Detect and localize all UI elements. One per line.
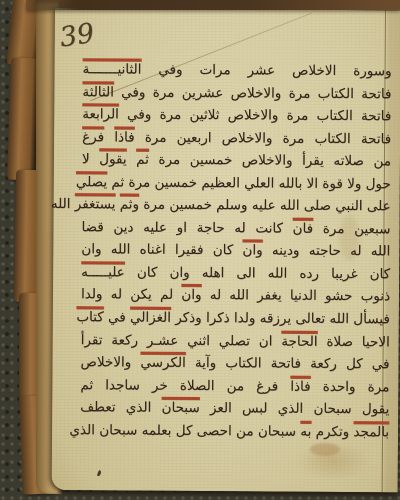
word: الذي [278,401,304,417]
word: خمسين [169,197,212,213]
word: بعلمه [142,422,172,438]
word: الله [371,244,391,260]
rubricated-word: الحاجة [281,333,317,349]
word: وان [169,265,189,281]
word: في [108,309,126,325]
word: عليه [143,219,167,235]
word: كان [370,266,391,282]
manuscript-line: مرة واحدة فاذا فرغ من الصلاة خر ساجدا ثم [80,374,389,399]
word: الدنيا [290,288,317,304]
word: الله [329,311,349,327]
word: فاتحة [361,131,391,147]
word: يكن [130,287,152,303]
word: صلى [304,198,331,214]
rubricated-word: به [300,423,311,439]
rubricated-word: يقول [99,151,126,167]
word: والاخلاص [231,85,282,101]
word: الاخلاص [292,63,336,79]
manuscript-line: في كل ركعة فاتحة الكتاب وآية الكرسي والا… [80,351,389,376]
word: الله [268,265,288,281]
word: ذكرا [206,310,230,326]
word: عليه [252,198,276,214]
word: مرة [128,174,150,190]
word: الصلاة [180,378,215,394]
word: لا [82,151,90,167]
rubricated-word: الثالثة [82,84,114,100]
word: كان [137,265,158,281]
word: اغناه [140,242,166,258]
rubricated-word: ثم [136,152,149,168]
word: سبحان [99,422,137,438]
word: قضا [81,219,103,235]
manuscript-line: حول ولا قوة الا بالله العلي العظيم خمسين… [82,171,391,196]
word: اثني [187,332,210,348]
word: اهله [202,265,225,281]
rubricated-word: الرابعة [82,106,119,122]
word: العلي [244,175,274,191]
rubricated-word: وان [242,243,262,259]
manuscript-line: من صلاته يقرأ والاخلاص خمسين مرة ثم يقول… [82,148,391,173]
word: فيسأل [353,311,390,327]
word: سبحان [313,401,351,417]
word: فاتحة [361,108,391,124]
word: وسورة [353,63,392,79]
word: احصى [197,423,232,439]
word: وان [81,242,101,258]
manuscript-line: الله له حاجته ودينه وان كان فقيرا اغناه … [81,239,390,264]
word: فقيرا [175,242,204,258]
word: الاحيا [362,334,390,350]
rubricated-word: الكرسي [140,355,185,371]
word: حاجته [309,243,341,259]
word: مرة [282,130,304,146]
rubricated-word: بالمجد [353,424,389,440]
word: ودينه [272,243,300,259]
word: يرزقه [260,310,292,326]
rubricated-word: يصلي [76,174,107,190]
manuscript-line: كان غريبا رده الله الى اهله وان كان عليـ… [81,261,390,286]
manuscript-line: على النبي صلى الله عليه وسلم خمسين مرة و… [82,193,391,218]
word: عشرين [182,84,224,100]
word: تعالى [295,311,325,327]
word: مرة [286,108,308,124]
word: وتكرم [316,424,350,440]
rubricated-word: وثم [120,197,139,213]
word: كانت [255,220,283,236]
ink-speck [97,470,102,477]
word: يقول [362,401,389,417]
word: الى [236,265,255,281]
word: الله [229,288,249,304]
word: له [234,220,245,236]
word: لبس [242,401,268,417]
word: كل [346,356,363,372]
word: يغفر [257,288,282,304]
word: العظيم [201,175,240,191]
manuscript-line: ذنوب حشو الدنيا يغفر الله له وان لم يكن … [81,284,390,309]
word: الذي [69,422,95,438]
word: ذنوب [361,289,391,305]
manuscript-line: فاتحة الكتاب مرة والاخلاص عشرين مرة وفي … [82,81,391,106]
word: سبعين [354,221,390,237]
word: ركعة [310,356,337,372]
word: صلاة [326,333,353,349]
word: من [236,423,254,439]
word: له [210,288,221,304]
word: ساجدا [105,377,140,393]
word: مرة [368,379,390,395]
word: حول [366,176,391,192]
manuscript-page: 39 وسورة الاخلاص عشر مرات وفي الثانيــــ… [52,8,400,492]
word: الله [111,242,131,258]
word: ان [259,333,273,349]
word: تصلي [219,333,250,349]
word: رده [299,266,319,282]
word: مرة [153,84,175,100]
word: الله [280,198,300,214]
word: وسلم [216,197,247,213]
word: الكتاب [318,85,354,101]
word: سبحان [258,423,296,439]
manuscript-line: وسورة الاخلاص عشر مرات وفي الثانيـــــــ… [82,58,391,83]
word: غريبا [331,266,358,282]
rubricated-word: سبحان [162,400,200,416]
rubricated-word: وان [181,287,201,303]
rubricated-word: الغزالي [130,310,171,326]
word: صلاته [333,153,364,169]
word: الله [51,196,71,212]
word: الكتاب [314,130,350,146]
manuscript-line: فيسأل الله تعالى يرزقه ولدا ذكرا وذكر ال… [81,306,390,331]
manuscript-photo: 39 وسورة الاخلاص عشر مرات وفي الثانيــــ… [0,0,400,500]
word: وذكر [175,310,202,326]
word: ركعة [111,332,138,348]
word: والاخلاص [242,152,293,168]
word: له [111,287,122,303]
word: ثم [80,377,93,393]
word: مرة [159,107,181,123]
word: مرة [323,221,345,237]
rubricated-word: فاذا [114,129,134,145]
word: والاخلاص [228,107,279,123]
word: تعطف [80,399,115,415]
word: والاخلاص [222,130,273,146]
word: خر [152,377,168,393]
word: لم [160,287,173,303]
rubricated-word: يستغفر [75,196,116,212]
word: عشر [248,62,276,78]
word: بالله [279,175,303,191]
word: حاجة [197,220,225,236]
manuscript-line: يقول سبحان الذي لبس العز سبحان الذي تعطف [80,396,389,421]
word: الا [307,175,319,191]
word: ثلاثين [189,107,219,123]
word: فرغ [256,378,278,394]
word: وفي [121,84,145,100]
word: فاتحة [271,356,301,372]
word: مرة [289,85,311,101]
rubricated-word: الثانيـــــــة [83,61,142,77]
word: ولدا [81,287,103,303]
word: اربعين [177,129,212,145]
word: مرة [145,129,167,145]
word: الكتاب [316,108,352,124]
word: كان [213,242,234,258]
manuscript-line: فاتحة الكتاب مرة والاخلاص ثلاثين مرة وفي… [82,103,391,128]
word: الكتاب [225,355,261,371]
word: قوة [322,176,343,192]
manuscript-line: الاحيا صلاة الحاجة ان تصلي اثني عشـر ركع… [81,329,390,354]
word: تقرأ [81,332,103,348]
word: من [227,378,245,394]
word: واحدة [323,379,356,395]
word: ثم [111,174,124,190]
word: دين [113,219,133,235]
word: وآية [195,355,216,371]
word: ولدا [234,310,256,326]
word: مرة [158,152,180,168]
word: له [350,243,361,259]
word: على [367,198,391,214]
rubricated-word: فرغ [82,129,104,145]
word: خمسين [154,174,197,190]
word: عشـر [147,332,179,348]
word: وفي [127,107,151,123]
binding-leather-edge [7,58,38,181]
word: مرة [143,197,165,213]
word: حشو [325,288,352,304]
word: مرات [199,62,230,78]
rubricated-word: فاذا [290,378,310,394]
folio-number: 39 [58,18,97,54]
word: النبي [335,198,362,214]
word: من [373,153,391,169]
word: ولا [347,176,361,192]
rubricated-word: عليـــــه [81,264,125,280]
word: يقرأ [302,153,324,169]
rubricated-word: كتاب [76,309,103,325]
manuscript-line: بالمجد وتكرم به سبحان من احصى كل بعلمه س… [80,419,389,444]
word: فاتحة [361,86,391,102]
word: العز [210,400,232,416]
rubricated-word: فان [293,220,314,236]
stain [310,443,340,456]
word: وفي [158,62,182,78]
word: خمسين [190,152,233,168]
word: الذي [126,400,152,416]
text-block: وسورة الاخلاص عشر مرات وفي الثانيـــــــ… [80,58,392,443]
word: والاخلاص [80,354,131,370]
word: في [372,356,390,372]
word: او [177,220,187,236]
manuscript-line: فاتحة الكتاب مرة والاخلاص اربعين مرة فاذ… [82,126,391,151]
book-top-edge [26,0,400,10]
word: كل [176,423,193,439]
manuscript-line: سبعين مرة فان كانت له حاجة او عليه دين ق… [81,216,390,241]
